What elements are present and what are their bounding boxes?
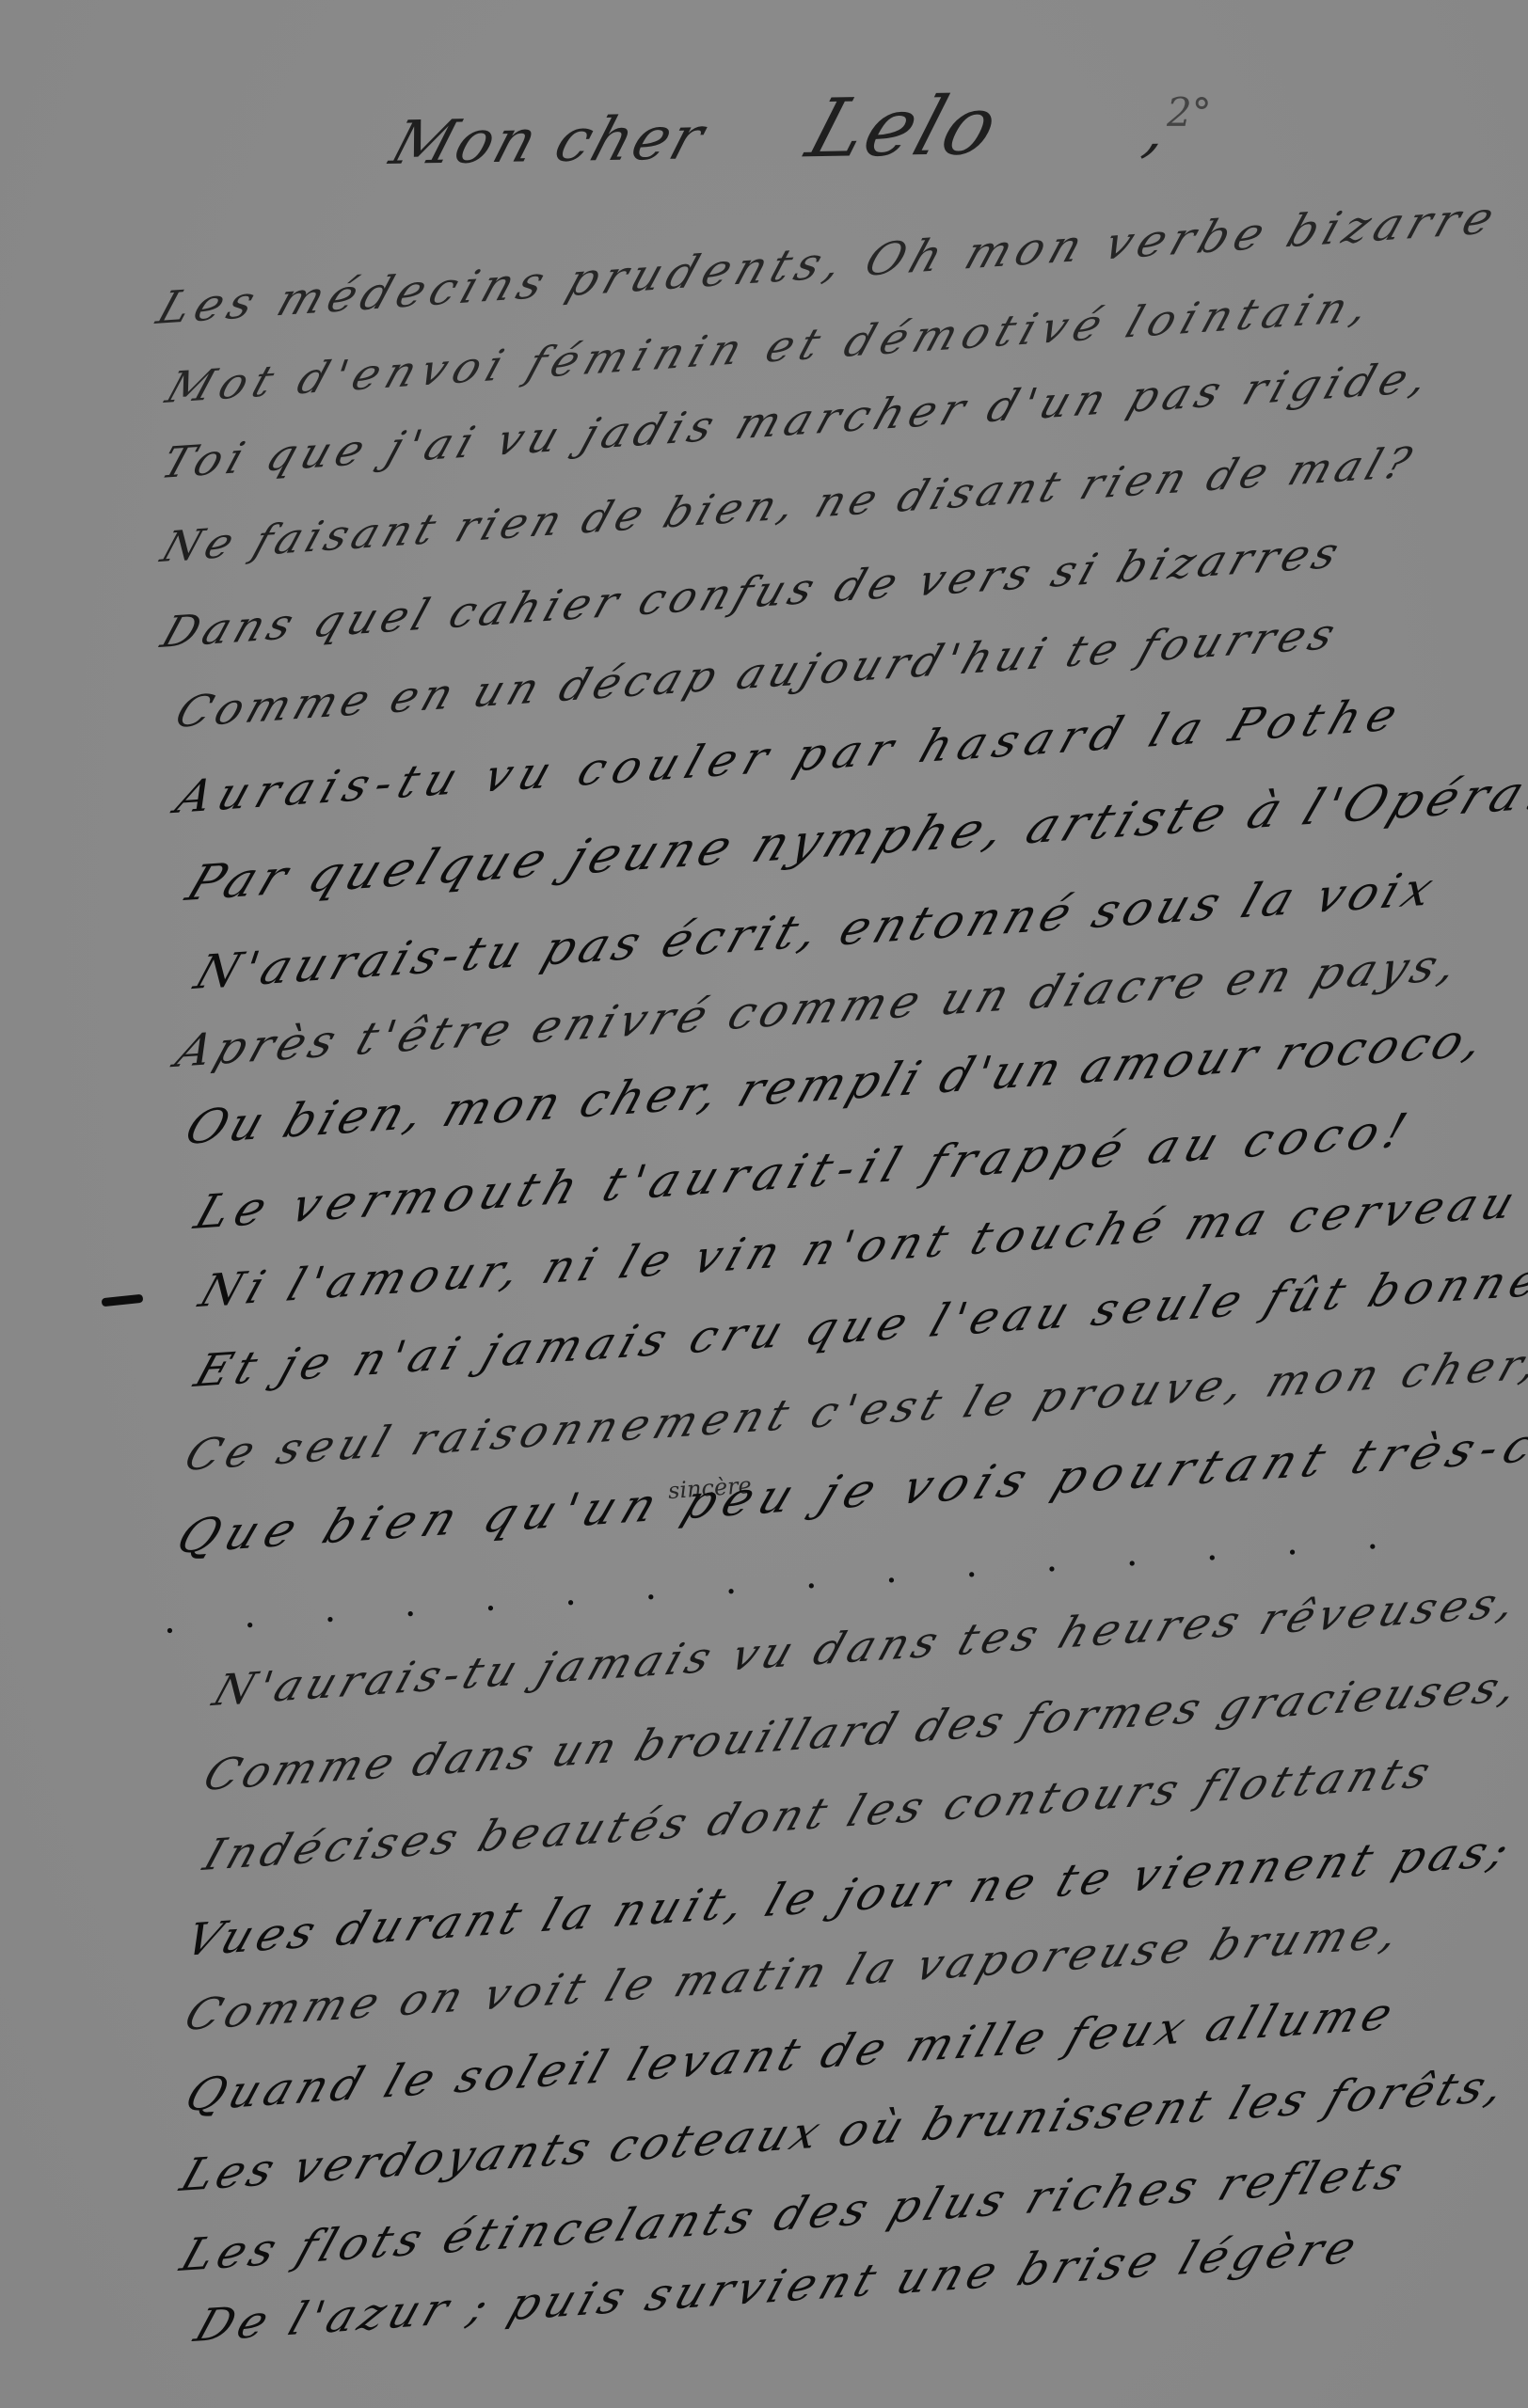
- page-corner-mark: 2°: [1167, 89, 1212, 135]
- salutation-prefix: Mon cher: [383, 103, 714, 179]
- margin-dash-mark: [102, 1294, 144, 1307]
- manuscript-page: Mon cher Lelo , 2° Les médecins prudents…: [0, 0, 1528, 2408]
- salutation: Mon cher Lelo ,: [381, 76, 1186, 183]
- salutation-name: Lelo: [797, 79, 1011, 176]
